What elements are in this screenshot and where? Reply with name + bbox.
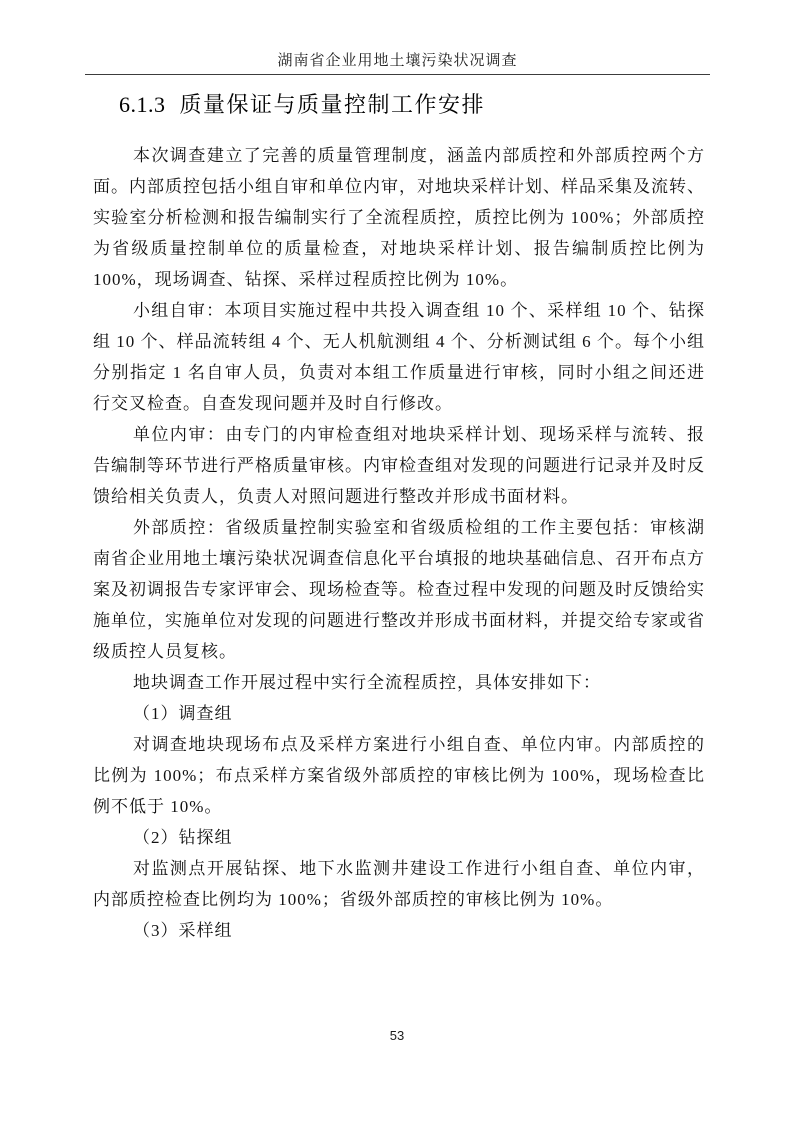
section-heading: 6.1.3质量保证与质量控制工作安排	[119, 89, 485, 121]
page-number: 53	[390, 1028, 404, 1043]
paragraph-arrangement-intro: 地块调查工作开展过程中实行全流程质控，具体安排如下：	[93, 667, 705, 698]
paragraph-group-self-review: 小组自审：本项目实施过程中共投入调查组 10 个、采样组 10 个、钻探组 10…	[93, 295, 705, 419]
paragraph-external-qc: 外部质控：省级质量控制实验室和省级质检组的工作主要包括：审核湖南省企业用地土壤污…	[93, 512, 705, 667]
section-number: 6.1.3	[119, 92, 166, 117]
list-item-sampling-group: （3）采样组	[93, 915, 705, 946]
paragraph-drilling-group-detail: 对监测点开展钻探、地下水监测井建设工作进行小组自查、单位内审，内部质控检查比例均…	[93, 853, 705, 915]
list-item-survey-group: （1）调查组	[93, 698, 705, 729]
page-header: 湖南省企业用地土壤污染状况调查	[85, 52, 710, 75]
paragraph-unit-internal-audit: 单位内审：由专门的内审检查组对地块采样计划、现场采样与流转、报告编制等环节进行严…	[93, 419, 705, 512]
document-body: 本次调查建立了完善的质量管理制度，涵盖内部质控和外部质控两个方面。内部质控包括小…	[93, 140, 705, 946]
paragraph-overview: 本次调查建立了完善的质量管理制度，涵盖内部质控和外部质控两个方面。内部质控包括小…	[93, 140, 705, 295]
page-footer: 53	[0, 1028, 794, 1043]
section-title: 质量保证与质量控制工作安排	[180, 92, 486, 117]
paragraph-survey-group-detail: 对调查地块现场布点及采样方案进行小组自查、单位内审。内部质控的比例为 100%；…	[93, 729, 705, 822]
header-title: 湖南省企业用地土壤污染状况调查	[277, 53, 517, 69]
list-item-drilling-group: （2）钻探组	[93, 822, 705, 853]
document-page: 湖南省企业用地土壤污染状况调查 6.1.3质量保证与质量控制工作安排 本次调查建…	[0, 0, 794, 1122]
